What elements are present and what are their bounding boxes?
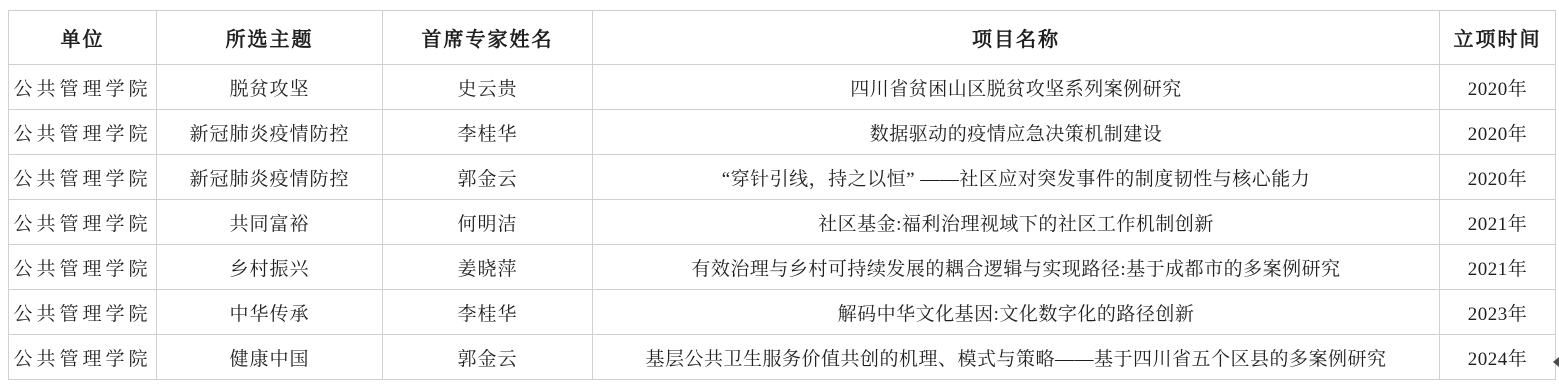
table-row: 公共管理学院 新冠肺炎疫情防控 李桂华 数据驱动的疫情应急决策机制建设 2020… (9, 110, 1556, 155)
table-row: 公共管理学院 健康中国 郭金云 基层公共卫生服务价值共创的机理、模式与策略——基… (9, 335, 1556, 380)
project-cell: 解码中华文化基因:文化数字化的路径创新 (593, 290, 1440, 335)
expert-cell: 何明洁 (383, 200, 593, 245)
table-row: 公共管理学院 乡村振兴 姜晓萍 有效治理与乡村可持续发展的耦合逻辑与实现路径:基… (9, 245, 1556, 290)
unit-cell: 公共管理学院 (9, 65, 157, 110)
year-cell: 2020年 (1440, 65, 1556, 110)
expert-cell: 李桂华 (383, 110, 593, 155)
header-cell-unit: 单位 (9, 11, 157, 65)
year-cell: 2021年 (1440, 245, 1556, 290)
table-row: 公共管理学院 脱贫攻坚 史云贵 四川省贫困山区脱贫攻坚系列案例研究 2020年 (9, 65, 1556, 110)
topic-cell: 乡村振兴 (157, 245, 383, 290)
expert-cell: 史云贵 (383, 65, 593, 110)
unit-cell: 公共管理学院 (9, 335, 157, 380)
header-cell-expert: 首席专家姓名 (383, 11, 593, 65)
header-cell-topic: 所选主题 (157, 11, 383, 65)
year-cell: 2020年 (1440, 155, 1556, 200)
year-cell: 2023年 (1440, 290, 1556, 335)
topic-cell: 新冠肺炎疫情防控 (157, 110, 383, 155)
table-row: 公共管理学院 中华传承 李桂华 解码中华文化基因:文化数字化的路径创新 2023… (9, 290, 1556, 335)
topic-cell: 脱贫攻坚 (157, 65, 383, 110)
table-header: 单位 所选主题 首席专家姓名 项目名称 立项时间 (9, 11, 1556, 65)
expert-cell: 郭金云 (383, 155, 593, 200)
project-cell: “穿针引线，持之以恒” ——社区应对突发事件的制度韧性与核心能力 (593, 155, 1440, 200)
project-cell: 四川省贫困山区脱贫攻坚系列案例研究 (593, 65, 1440, 110)
project-cell: 社区基金:福利治理视域下的社区工作机制创新 (593, 200, 1440, 245)
year-cell: 2024年 (1440, 335, 1556, 380)
project-cell: 数据驱动的疫情应急决策机制建设 (593, 110, 1440, 155)
projects-table: 单位 所选主题 首席专家姓名 项目名称 立项时间 公共管理学院 脱贫攻坚 史云贵… (8, 10, 1556, 380)
table-row: 公共管理学院 共同富裕 何明洁 社区基金:福利治理视域下的社区工作机制创新 20… (9, 200, 1556, 245)
topic-cell: 健康中国 (157, 335, 383, 380)
year-cell: 2021年 (1440, 200, 1556, 245)
header-cell-year: 立项时间 (1440, 11, 1556, 65)
year-cell: 2020年 (1440, 110, 1556, 155)
table-resize-handle-icon (1553, 357, 1559, 367)
unit-cell: 公共管理学院 (9, 200, 157, 245)
table-body: 公共管理学院 脱贫攻坚 史云贵 四川省贫困山区脱贫攻坚系列案例研究 2020年 … (9, 65, 1556, 380)
unit-cell: 公共管理学院 (9, 245, 157, 290)
unit-cell: 公共管理学院 (9, 155, 157, 200)
expert-cell: 郭金云 (383, 335, 593, 380)
expert-cell: 李桂华 (383, 290, 593, 335)
table-row: 公共管理学院 新冠肺炎疫情防控 郭金云 “穿针引线，持之以恒” ——社区应对突发… (9, 155, 1556, 200)
unit-cell: 公共管理学院 (9, 110, 157, 155)
project-cell: 有效治理与乡村可持续发展的耦合逻辑与实现路径:基于成都市的多案例研究 (593, 245, 1440, 290)
unit-cell: 公共管理学院 (9, 290, 157, 335)
header-row: 单位 所选主题 首席专家姓名 项目名称 立项时间 (9, 11, 1556, 65)
topic-cell: 共同富裕 (157, 200, 383, 245)
expert-cell: 姜晓萍 (383, 245, 593, 290)
topic-cell: 中华传承 (157, 290, 383, 335)
header-cell-project: 项目名称 (593, 11, 1440, 65)
project-cell: 基层公共卫生服务价值共创的机理、模式与策略——基于四川省五个区县的多案例研究 (593, 335, 1440, 380)
topic-cell: 新冠肺炎疫情防控 (157, 155, 383, 200)
